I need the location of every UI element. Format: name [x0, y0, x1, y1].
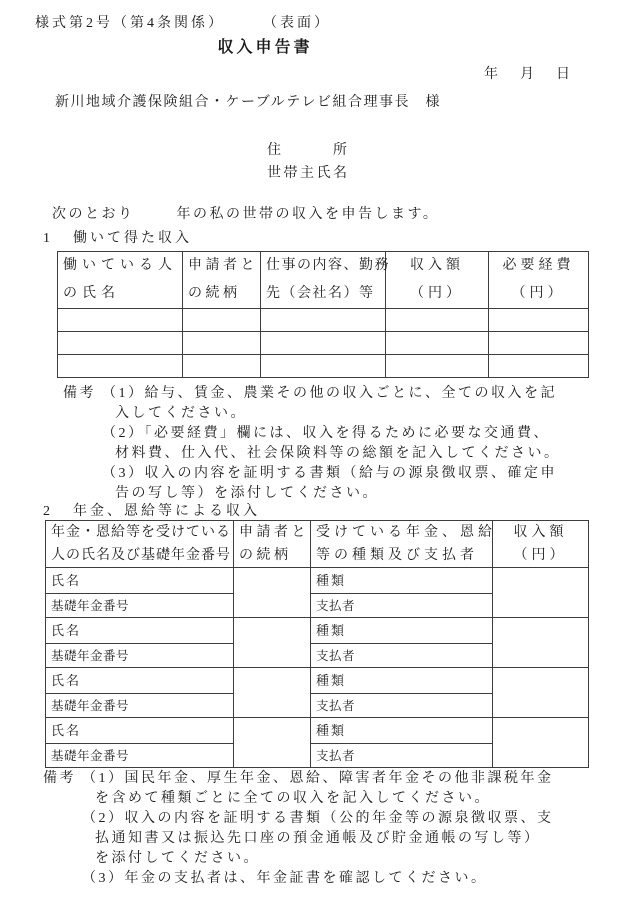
pension-number-label-cell: 基礎年金番号 [46, 694, 234, 718]
side-label: （表面） [263, 14, 331, 34]
note-line: を含めて種類ごとに全ての収入を記入してください。 [43, 789, 554, 809]
note-line: （3）年金の支払者は、年金証書を確認してください。 [43, 869, 554, 889]
section1-number: 1 [43, 229, 73, 249]
date-line: 年 月 日 [484, 65, 574, 85]
col-header-worker-name: 働いている人 の氏名 [58, 252, 183, 309]
section2-title: 年金、恩給等による収入 [73, 504, 260, 519]
section2-notes: 備考（1）国民年金、厚生年金、恩給、障害者年金その他非課税年金 を含めて種類ごと… [43, 769, 554, 889]
form-number: 様式第2号（第4条関係） [35, 14, 225, 34]
note-line: （2）収入の内容を証明する書類（公的年金等の源泉徴収票、支 [43, 809, 554, 829]
name-label-cell: 氏名 [46, 568, 234, 594]
type-label-cell: 種類 [311, 718, 493, 744]
empty-cell [386, 309, 489, 332]
empty-cell [183, 332, 261, 355]
empty-cell [386, 332, 489, 355]
type-label-cell: 種類 [311, 668, 493, 694]
notes-label: 備考 [43, 769, 82, 789]
empty-cell [183, 309, 261, 332]
relationship-cell [234, 568, 311, 618]
employment-table-header-row: 働いている人 の氏名 申請者と の続柄 仕事の内容、勤務 先（会社名）等 収入額… [58, 252, 589, 309]
section1-heading: 1働いて得た収入 [43, 229, 192, 249]
empty-cell [489, 332, 589, 355]
payer-label-cell: 支払者 [311, 744, 493, 768]
name-label-cell: 氏名 [46, 668, 234, 694]
note-line: （2）「必要経費」欄には、収入を得るために必要な交通費、 [63, 424, 561, 444]
col-header-income-amount: 収入額 （円） [493, 521, 589, 568]
income-amount-cell [493, 718, 589, 768]
empty-cell [58, 309, 183, 332]
name-label-cell: 氏名 [46, 718, 234, 744]
declaration-prefix: 次のとおり [52, 207, 135, 222]
section2-heading: 2年金、恩給等による収入 [43, 502, 260, 522]
payer-label-cell: 支払者 [311, 694, 493, 718]
note-line: 材料費、仕入代、社会保険料等の総額を記入してください。 [63, 444, 561, 464]
empty-cell [261, 309, 386, 332]
pension-income-table: 年金・恩給等を受けている 人の氏名及び基礎年金番号 申請者と の続柄 受けている… [45, 520, 589, 768]
pension-row-group-4: 氏名 種類 [46, 718, 589, 744]
employment-table-empty-row [58, 355, 589, 378]
col-header-relationship: 申請者と の続柄 [183, 252, 261, 309]
note-line: 備考（1）給与、賃金、農業その他の収入ごとに、全ての収入を記 [63, 384, 561, 404]
income-amount-cell [493, 618, 589, 668]
payer-label-cell: 支払者 [311, 594, 493, 618]
empty-cell [261, 332, 386, 355]
relationship-cell [234, 668, 311, 718]
relationship-cell [234, 718, 311, 768]
section1-title: 働いて得た収入 [73, 231, 192, 246]
section1-notes: 備考（1）給与、賃金、農業その他の収入ごとに、全ての収入を記 入してください。 … [63, 384, 561, 504]
addressee-line: 新川地域介護保険組合・ケーブルテレビ組合理事長 様 [55, 93, 441, 113]
section2-number: 2 [43, 502, 73, 522]
income-declaration-form-page: 様式第2号（第4条関係） （表面） 収入申告書 年 月 日 新川地域介護保険組合… [0, 0, 630, 903]
col-header-job-details: 仕事の内容、勤務 先（会社名）等 [261, 252, 386, 309]
type-label-cell: 種類 [311, 618, 493, 644]
notes-label: 備考 [63, 384, 102, 404]
col-header-pension-type-payer: 受けている年金、恩給 等の種類及び支払者 [311, 521, 493, 568]
relationship-cell [234, 618, 311, 668]
declaration-sentence: 次のとおり年の私の世帯の収入を申告します。 [52, 205, 439, 225]
col-header-relationship: 申請者と の続柄 [234, 521, 311, 568]
note-line: 告の写し等）を添付してください。 [63, 484, 561, 504]
note-line: 入してください。 [63, 404, 561, 424]
householder-name-label: 世帯主氏名 [267, 164, 350, 184]
employment-table-empty-row [58, 309, 589, 332]
note-line: （3）収入の内容を証明する書類（給与の源泉徴収票、確定申 [63, 464, 561, 484]
empty-cell [183, 355, 261, 378]
employment-income-table: 働いている人 の氏名 申請者と の続柄 仕事の内容、勤務 先（会社名）等 収入額… [57, 251, 589, 378]
income-amount-cell [493, 568, 589, 618]
note-line: 払通知書又は振込先口座の預金通帳及び貯金通帳の写し等） [43, 829, 554, 849]
pension-row-group-2: 氏名 種類 [46, 618, 589, 644]
pension-row-group-3: 氏名 種類 [46, 668, 589, 694]
address-label: 住 所 [267, 141, 350, 161]
employment-table-empty-row [58, 332, 589, 355]
empty-cell [489, 309, 589, 332]
empty-cell [58, 355, 183, 378]
pension-number-label-cell: 基礎年金番号 [46, 594, 234, 618]
pension-table-header-row: 年金・恩給等を受けている 人の氏名及び基礎年金番号 申請者と の続柄 受けている… [46, 521, 589, 568]
note-line: 備考（1）国民年金、厚生年金、恩給、障害者年金その他非課税年金 [43, 769, 554, 789]
pension-number-label-cell: 基礎年金番号 [46, 744, 234, 768]
col-header-necessary-expenses: 必要経費 （円） [489, 252, 589, 309]
declaration-suffix: 年の私の世帯の収入を申告します。 [177, 207, 440, 222]
income-amount-cell [493, 668, 589, 718]
empty-cell [489, 355, 589, 378]
form-title: 収入申告書 [0, 38, 530, 58]
empty-cell [58, 332, 183, 355]
note-line: を添付してください。 [43, 849, 554, 869]
empty-cell [386, 355, 489, 378]
name-label-cell: 氏名 [46, 618, 234, 644]
col-header-pensioner-name: 年金・恩給等を受けている 人の氏名及び基礎年金番号 [46, 521, 234, 568]
type-label-cell: 種類 [311, 568, 493, 594]
empty-cell [261, 355, 386, 378]
pension-number-label-cell: 基礎年金番号 [46, 644, 234, 668]
payer-label-cell: 支払者 [311, 644, 493, 668]
col-header-income-amount: 収入額 （円） [386, 252, 489, 309]
pension-row-group-1: 氏名 種類 [46, 568, 589, 594]
